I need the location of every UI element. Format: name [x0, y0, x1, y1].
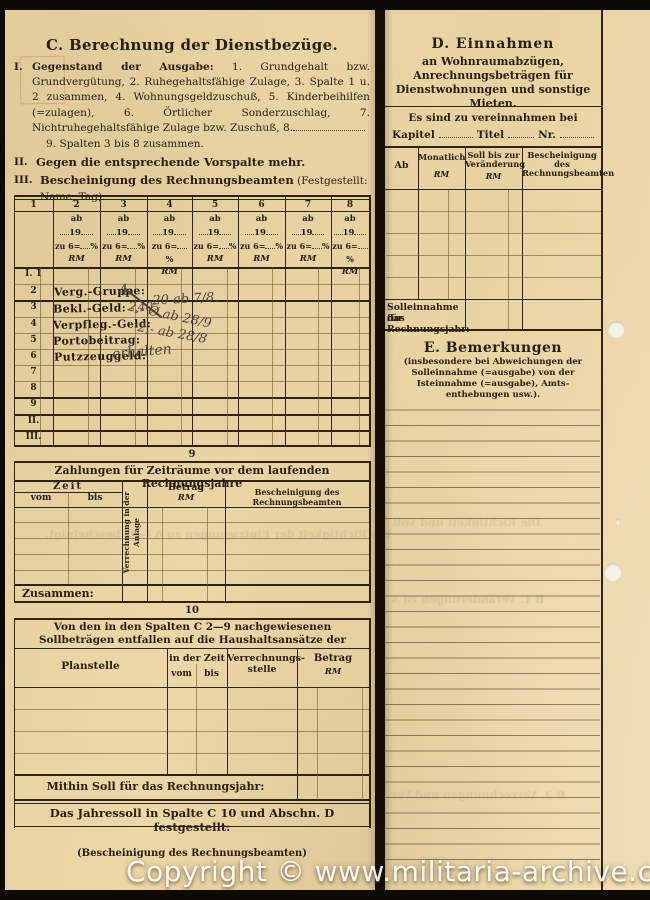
item-1: I. Gegenstand der Ausgabe: 1. Grundgehal…	[14, 60, 370, 136]
table-rule-light	[272, 267, 273, 445]
header-zu-line: zu 6=%	[239, 240, 284, 253]
section-10-number: 10	[14, 605, 370, 616]
header-ab: ab	[193, 213, 237, 226]
table-9-zusammen: Zusammen:	[22, 587, 94, 600]
header-zu: zu 6=	[240, 241, 265, 251]
table-d-col-monatlich: Monatlich	[418, 152, 465, 162]
table-rule	[14, 461, 370, 463]
table-rule-light	[15, 570, 369, 571]
header-year-line: 19	[101, 226, 146, 240]
bleedthrough-text: Die Richtigkeit und Voll	[393, 516, 541, 529]
item-1-line2: 9. Spalten 3 bis 8 zusammen.	[46, 137, 204, 152]
table-d-col-besch-3: Rechnungsbeamten	[522, 168, 602, 178]
table-10-col-verrechnungsstelle-2: stelle	[227, 664, 297, 675]
header-pct: %	[137, 241, 145, 251]
header-rm: RM	[332, 266, 368, 279]
header-year-line: 19	[286, 226, 330, 240]
header-pct: %	[322, 241, 330, 251]
header-year: 19	[343, 228, 355, 238]
header-zu: zu 6=	[152, 241, 177, 251]
titel-label: Titel	[477, 129, 504, 141]
table-9-col-vom: vom	[14, 493, 68, 503]
table-rule-light	[15, 709, 369, 710]
header-year-line: 19	[54, 226, 99, 240]
header-zu: zu 6=	[286, 241, 311, 251]
blank	[219, 240, 229, 249]
item-1-bold: Gegenstand der Ausgabe:	[32, 61, 214, 73]
column-number: 3	[100, 200, 147, 211]
table-d-col-soll-2: Veränderung	[465, 159, 522, 169]
item-2: II. Gegen die entsprechende Vorspalte me…	[14, 155, 370, 170]
header-zu: zu 6=	[55, 241, 80, 251]
frame-bottom	[0, 890, 650, 900]
section-c-title: C. Berechnung der Dienstbezüge.	[14, 36, 370, 54]
table-10-col-planstelle: Planstelle	[14, 660, 167, 672]
table-rule	[14, 618, 15, 828]
bleedthrough-text: Die Richtigkeit der Eintragungen zu A I—…	[45, 528, 392, 541]
header-year-line: 19	[148, 226, 191, 240]
section-d-intro: Es sind zu vereinnahmen bei	[385, 112, 601, 124]
bleedthrough-text: B 2. Verrechnungen und Ver	[391, 789, 566, 802]
table-10-title: Von den in den Spalten C 2—9 nachgewiese…	[30, 621, 355, 647]
header-cell: ab19zu 6=%RM	[54, 213, 99, 267]
row-label: 9	[14, 399, 53, 414]
table-9-col-zeit: Zeit	[14, 481, 122, 492]
table-10-col-rm: RM	[297, 667, 369, 677]
header-zu-line: zu 6=%	[332, 240, 368, 266]
header-zu-line: zu 6=%	[101, 240, 146, 253]
header-ab: ab	[54, 213, 99, 226]
header-rm: RM	[193, 253, 237, 266]
table-9-col-bescheinigung: Bescheinigung des Rechnungsbeamten	[225, 487, 369, 507]
table-rule-light	[386, 277, 601, 278]
table-rule-light	[362, 687, 363, 800]
row-label: 2	[14, 286, 53, 300]
item-2-text: Gegen die entsprechende Vorspalte mehr.	[36, 155, 305, 170]
table-rule	[14, 601, 370, 603]
header-ab: ab	[332, 213, 368, 226]
blank	[265, 240, 275, 249]
header-year-line: 19	[193, 226, 237, 240]
table-rule-light	[14, 381, 370, 382]
item-2-num: II.	[14, 155, 36, 170]
table-10-col-zeit: in der Zeit	[167, 653, 227, 664]
blank	[107, 226, 116, 235]
section-d-subtitle: an Wohnraumabzügen, Anrechnungs­beträgen…	[391, 55, 595, 111]
item-3-bold: Bescheinigung des Rechnungsbeamten	[40, 173, 294, 187]
table-d-col-monatlich-rm: RM	[418, 169, 465, 179]
blank	[80, 240, 90, 249]
header-year-line: 19	[332, 226, 368, 240]
header-ab: ab	[148, 213, 191, 226]
kapitel-titel-nr-row: Kapitel Titel Nr.	[389, 129, 597, 141]
column-number: 7	[285, 200, 331, 211]
kapitel-blank	[439, 129, 473, 138]
section-e-title: E. Bemerkungen	[385, 340, 601, 356]
table-rule	[601, 10, 603, 890]
kapitel-label: Kapitel	[392, 129, 435, 141]
nr-blank	[560, 129, 594, 138]
blank	[312, 240, 322, 249]
table-rule-light	[15, 753, 369, 754]
bleedthrough-text: B 1. Veränderungen zu A	[391, 593, 545, 606]
header-year: 19	[208, 228, 220, 238]
table-9-col-bis: bis	[68, 493, 122, 503]
table-rule-light	[227, 267, 228, 445]
section-d-title: D. Einnahmen	[385, 36, 601, 52]
table-d-col-ab: Ab	[385, 160, 418, 171]
stamp-bekl-geld: Bekl.-Geld:	[53, 301, 126, 315]
header-ab: ab	[239, 213, 284, 226]
blank	[128, 226, 140, 235]
table-10-col-bis: bis	[196, 669, 227, 679]
header-rm: RM	[148, 266, 191, 279]
solleinnahme-label-2: das Rechnungsjahr:	[387, 313, 465, 335]
paper-fleck	[615, 519, 621, 525]
table-d-col-soll-rm: RM	[465, 171, 522, 181]
table-rule-light	[386, 211, 601, 212]
table-9-col-betrag: Betrag	[147, 482, 225, 493]
blank	[358, 240, 368, 249]
section-c-paragraphs: I. Gegenstand der Ausgabe: 1. Grundgehal…	[14, 60, 370, 205]
blank	[245, 226, 254, 235]
verrechnung-label-text: Verrechnung in der Anlage	[122, 481, 147, 584]
blank	[292, 226, 301, 235]
scanned-form-page: C. Berechnung der Dienstbezüge. I. Gegen…	[0, 0, 650, 900]
section-e-subtitle: (insbesondere bei Abweichungen der Solle…	[391, 357, 595, 401]
header-pct: %	[275, 241, 283, 251]
table-rule-light	[15, 731, 369, 732]
header-year: 19	[162, 228, 174, 238]
table-rule-light	[317, 687, 318, 800]
blank	[312, 226, 324, 235]
titel-blank	[508, 129, 534, 138]
header-year: 19	[116, 228, 128, 238]
item-1-num: I.	[14, 60, 32, 136]
table-rule-light	[386, 233, 601, 234]
table-rule	[385, 299, 601, 300]
blank	[177, 240, 187, 249]
blank	[334, 226, 343, 235]
watermark: Copyright © www.militaria-archive.com	[126, 855, 650, 888]
header-cell: ab19zu 6=%RM	[286, 213, 330, 267]
stamp-verg-gruppe: Verg.-Gruppe:	[54, 284, 145, 299]
table-rule	[369, 195, 371, 447]
header-rm: RM	[286, 253, 330, 266]
header-cell: ab19zu 6=%RM	[332, 213, 368, 267]
table-rule-light	[386, 255, 601, 256]
table-rule	[369, 618, 371, 828]
header-zu-line: zu 6=%	[148, 240, 191, 266]
header-ab: ab	[286, 213, 330, 226]
column-number: 4	[147, 200, 192, 211]
row-label: 8	[14, 383, 53, 397]
table-9-col-rm: RM	[147, 493, 225, 503]
item-1-text: Gegenstand der Ausgabe: 1. Grundgehalt b…	[32, 60, 370, 136]
table-rule-light	[15, 554, 369, 555]
row-label: II.	[14, 416, 53, 430]
blank	[219, 226, 231, 235]
header-cell: ab19zu 6=%RM	[148, 213, 191, 267]
blank	[127, 240, 137, 249]
header-ab: ab	[101, 213, 146, 226]
column-number: 6	[238, 200, 285, 211]
header-rm: RM	[54, 253, 99, 266]
hole-punch	[604, 563, 622, 581]
row-label: I. 1	[14, 269, 53, 284]
frame-left	[0, 0, 5, 900]
row-label: 4	[14, 319, 53, 333]
blank	[153, 226, 162, 235]
column-number: 2	[53, 200, 100, 211]
table-10-col-betrag: Betrag	[297, 653, 369, 664]
row-label: 3	[14, 302, 53, 317]
gutter-fold	[375, 10, 385, 890]
table-10-col-vom: vom	[167, 669, 196, 679]
nr-label: Nr.	[538, 129, 556, 141]
column-number: 1	[14, 200, 53, 211]
header-year: 19	[69, 228, 81, 238]
blank	[81, 226, 93, 235]
header-zu-line: zu 6=%	[54, 240, 99, 253]
header-pct: %	[346, 254, 354, 264]
row-label: 6	[14, 351, 53, 365]
table-rule-light	[15, 538, 369, 539]
header-cell: ab19zu 6=%RM	[239, 213, 284, 267]
header-rm: RM	[101, 253, 146, 266]
hole-punch	[608, 321, 625, 338]
header-cell: ab19zu 6=%RM	[101, 213, 146, 267]
header-zu: zu 6=	[332, 241, 357, 251]
column-number: 8	[331, 200, 369, 211]
blank	[174, 226, 186, 235]
header-pct: %	[90, 241, 98, 251]
header-zu-line: zu 6=%	[193, 240, 237, 253]
table-rule	[14, 618, 370, 620]
blank	[354, 226, 366, 235]
header-zu: zu 6=	[193, 241, 218, 251]
header-cell: ab19zu 6=%RM	[193, 213, 237, 267]
header-pct: %	[166, 254, 174, 264]
table-rule-light	[14, 365, 370, 366]
header-zu: zu 6=	[102, 241, 127, 251]
row-mithin-soll: Mithin Soll für das Rechnungsjahr:	[14, 780, 297, 793]
blank	[266, 226, 278, 235]
header-pct: %	[229, 241, 237, 251]
blank	[199, 226, 208, 235]
header-rm: RM	[239, 253, 284, 266]
row-label: 7	[14, 367, 53, 381]
table-rule	[167, 648, 168, 775]
item-1-blank-line	[293, 122, 365, 131]
header-year: 19	[254, 228, 266, 238]
table-rule-light	[448, 189, 449, 299]
row-jahressoll: Das Jahressoll in Spalte C 10 und Abschn…	[14, 806, 370, 834]
header-zu-line: zu 6=%	[286, 240, 330, 253]
table-rule-light	[196, 664, 197, 775]
table-10-col-verrechnungsstelle-1: Verrechnungs-	[227, 653, 297, 664]
header-year: 19	[301, 228, 313, 238]
column-number: 5	[192, 200, 238, 211]
row-label: III.	[14, 432, 53, 445]
section-9-number: 9	[14, 449, 370, 460]
row-label: 5	[14, 335, 53, 349]
table-rule	[14, 648, 370, 649]
table-rule-light	[318, 267, 319, 445]
header-year-line: 19	[239, 226, 284, 240]
blank	[60, 226, 69, 235]
table-rule	[14, 803, 370, 804]
table-rule-light	[359, 267, 360, 445]
item-1b: 9. Spalten 3 bis 8 zusammen.	[14, 137, 370, 152]
table-rule-light	[15, 522, 369, 523]
table-9-col-verrechnung: Verrechnung in der Anlage	[122, 481, 147, 584]
frame-top	[0, 0, 650, 10]
